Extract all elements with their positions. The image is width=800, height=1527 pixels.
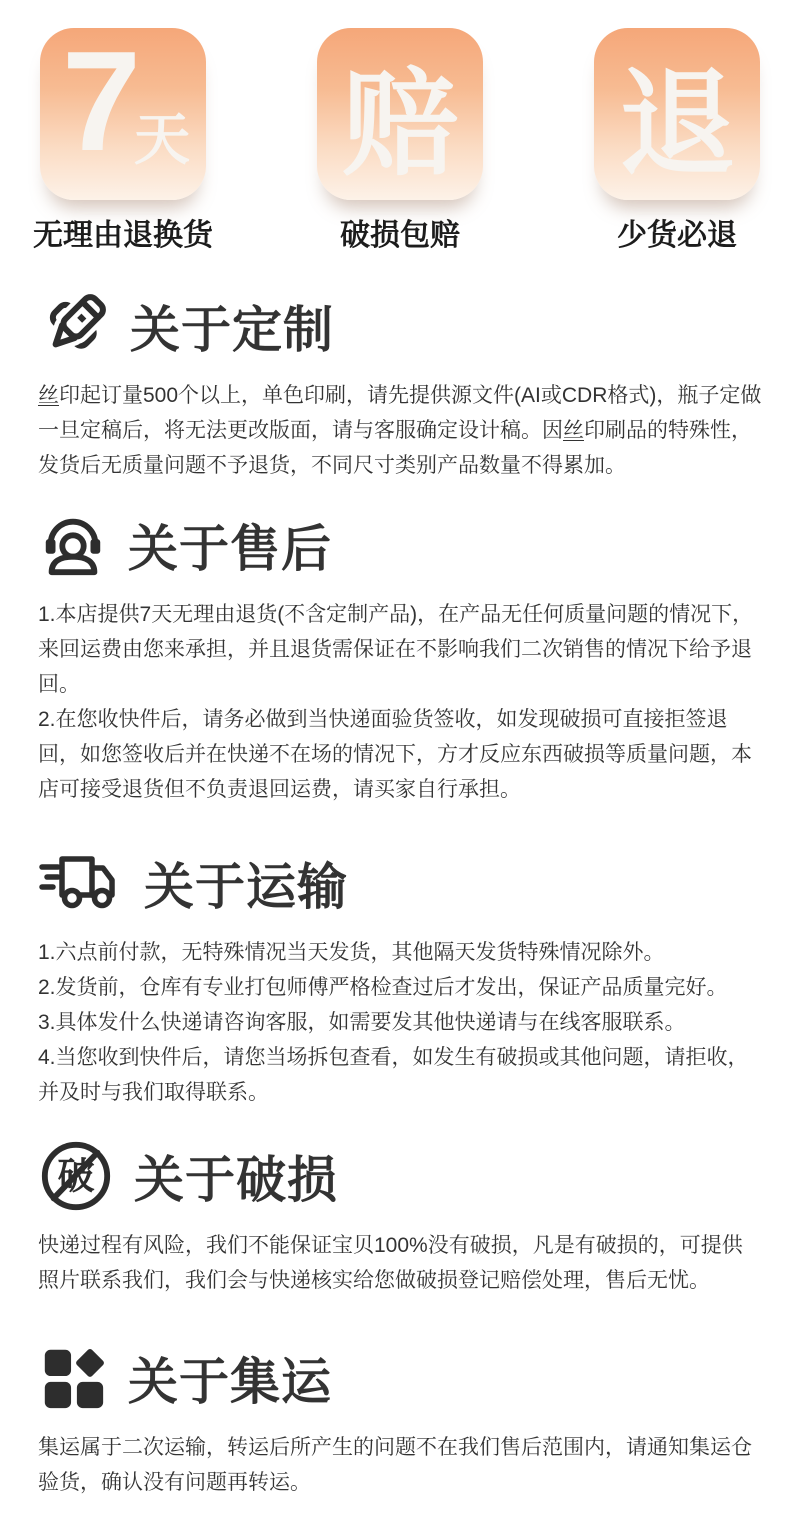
paragraph: 4.当您收到快件后，请您当场拆包查看，如发生有破损或其他问题，请拒收，并及时与我… [38,1040,762,1110]
section-title: 关于定制 [130,290,334,362]
badge-label: 少货必退 [617,218,737,254]
section-after-sales: 关于售后 1.本店提供7天无理由退货(不含定制产品)，在产品无任何质量问题的情况… [38,509,762,807]
badge-card-7days: 7 天 [40,28,206,200]
paragraph: 快递过程有风险，我们不能保证宝贝100%没有破损，凡是有破损的，可提供照片联系我… [38,1228,762,1298]
consolidation-grid-icon [38,1343,108,1413]
paragraph: 丝印起订量500个以上，单色印刷，请先提供源文件(AI或CDR格式)，瓶子定做一… [38,378,762,483]
section-after-sales-header: 关于售后 [38,509,762,581]
section-customization: 关于定制 丝印起订量500个以上，单色印刷，请先提供源文件(AI或CDR格式)，… [38,290,762,483]
section-title: 关于集运 [128,1342,332,1414]
section-shipping-header: 关于运输 [38,847,762,919]
paragraph: 集运属于二次运输，转运后所产生的问题不在我们售后范围内，请通知集运仓验货，确认没… [38,1430,762,1500]
section-title: 关于运输 [144,847,348,919]
section-title: 关于售后 [128,509,332,581]
no-damage-icon: 破 [38,1138,114,1214]
guarantee-badge-compensate: 赔 破损包赔 [315,28,485,254]
section-consolidation-body: 集运属于二次运输，转运后所产生的问题不在我们售后范围内，请通知集运仓验货，确认没… [38,1430,762,1500]
section-customization-body: 丝印起订量500个以上，单色印刷，请先提供源文件(AI或CDR格式)，瓶子定做一… [38,378,762,483]
section-consolidation: 关于集运 集运属于二次运输，转运后所产生的问题不在我们售后范围内，请通知集运仓验… [38,1342,762,1500]
paragraph: 1.六点前付款，无特殊情况当天发货，其他隔天发货特殊情况除外。 [38,935,762,970]
section-damage-header: 破 关于破损 [38,1140,762,1212]
badge-small-text: 天 [134,96,190,176]
badge-big-text: 退 [594,28,760,200]
badge-big-text: 赔 [317,28,483,200]
section-title: 关于破损 [134,1140,338,1212]
badge-label: 破损包赔 [340,218,460,254]
paragraph: 1.本店提供7天无理由退货(不含定制产品)，在产品无任何质量问题的情况下，来回运… [38,597,762,702]
badge-label: 无理由退换货 [33,218,213,254]
badge-card-compensate: 赔 [317,28,483,200]
badge-big-text: 7 [62,28,141,180]
paragraph: 2.发货前，仓库有专业打包师傅严格检查过后才发出，保证产品质量完好。 [38,970,762,1005]
paragraph: 3.具体发什么快递请咨询客服，如需要发其他快递请与在线客服联系。 [38,1005,762,1040]
section-shipping-body: 1.六点前付款，无特殊情况当天发货，其他隔天发货特殊情况除外。 2.发货前，仓库… [38,935,762,1110]
paragraph: 2.在您收快件后，请务必做到当快递面验货签收，如发现破损可直接拒签退回，如您签收… [38,702,762,807]
customer-service-icon [38,510,108,580]
guarantee-badge-refund: 退 少货必退 [592,28,762,254]
badge-card-refund: 退 [594,28,760,200]
section-damage-body: 快递过程有风险，我们不能保证宝贝100%没有破损，凡是有破损的，可提供照片联系我… [38,1228,762,1298]
guarantee-badge-7days: 7 天 无理由退换货 [38,28,208,254]
pencil-cross-icon [38,290,110,362]
section-after-sales-body: 1.本店提供7天无理由退货(不含定制产品)，在产品无任何质量问题的情况下，来回运… [38,597,762,807]
section-customization-header: 关于定制 [38,290,762,362]
guarantee-badges-row: 7 天 无理由退换货 赔 破损包赔 退 少货必退 [38,28,762,254]
service-info-page: 7 天 无理由退换货 赔 破损包赔 退 少货必退 [0,0,800,1527]
section-damage: 破 关于破损 快递过程有风险，我们不能保证宝贝100%没有破损，凡是有破损的，可… [38,1140,762,1298]
section-consolidation-header: 关于集运 [38,1342,762,1414]
delivery-truck-icon [38,851,124,915]
section-shipping: 关于运输 1.六点前付款，无特殊情况当天发货，其他隔天发货特殊情况除外。 2.发… [38,847,762,1110]
